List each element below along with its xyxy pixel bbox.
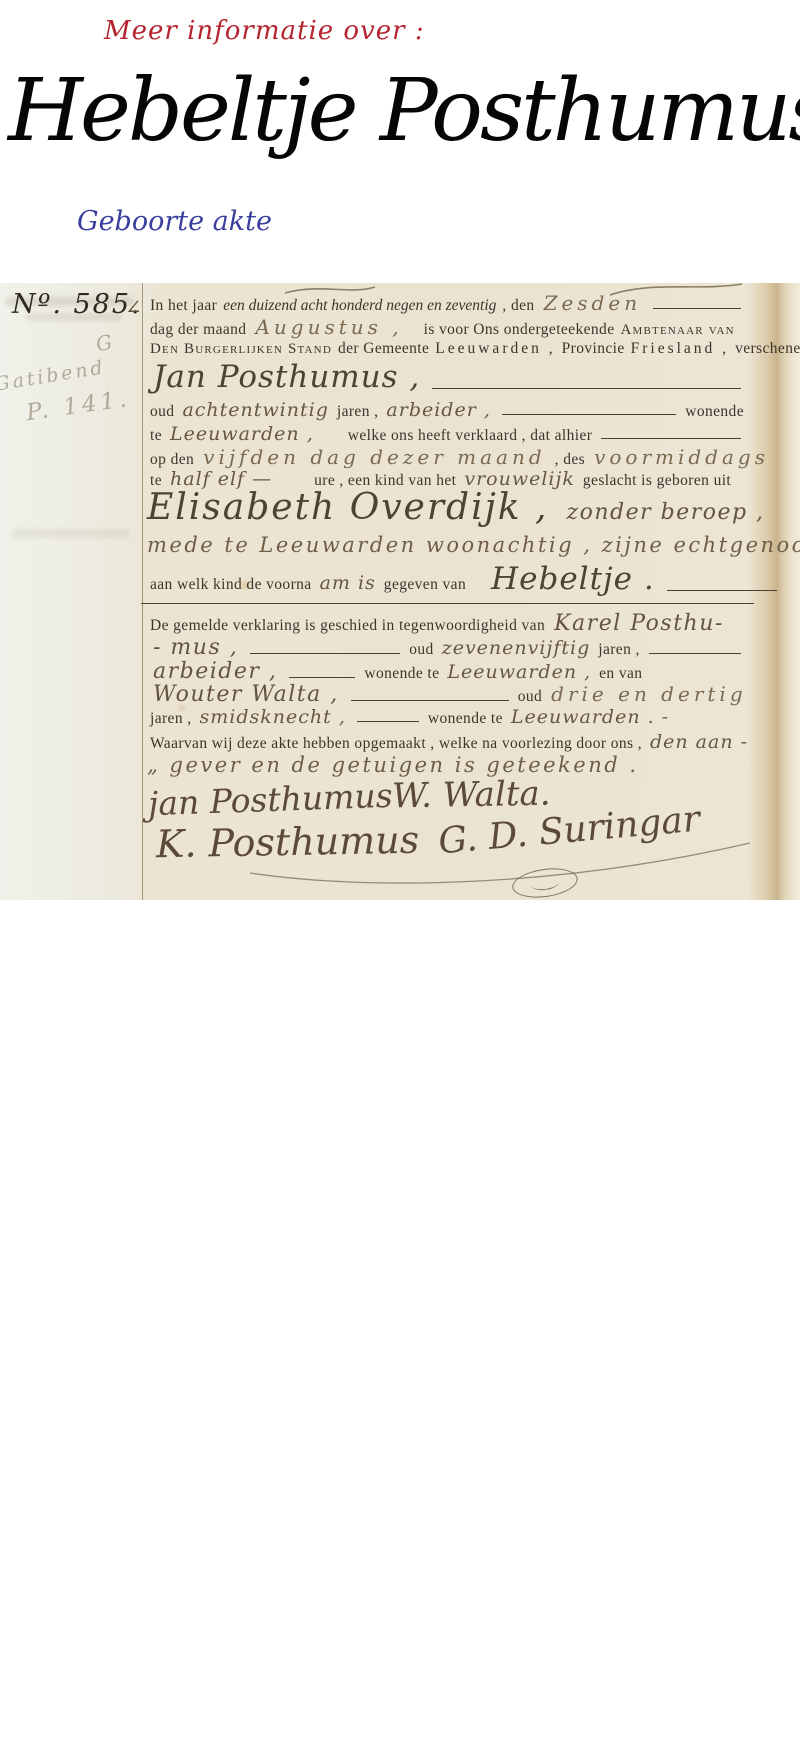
akte-line: aan welk kind de voornaam isgegeven vanH…: [147, 561, 747, 597]
akte-text: Den Burgerlijken Stand: [150, 341, 332, 358]
akte-text: oud: [518, 688, 542, 706]
signature-witness-walta: W. Walta.: [392, 774, 551, 817]
akte-text: „ gever en de getuigen is geteekend .: [147, 753, 639, 777]
bleed-through-mark: [12, 529, 130, 538]
ruled-fill-line: [289, 677, 355, 678]
akte-text: Leeuwarden ,: [170, 423, 314, 445]
akte-text: gegeven van: [384, 576, 466, 594]
akte-text: Leeuwarden ,: [447, 661, 591, 683]
eyebrow-heading: Meer informatie over :: [104, 16, 425, 46]
akte-text: , des: [555, 451, 585, 469]
akte-text: Zesden: [544, 291, 642, 315]
akte-text: Augustus ,: [255, 315, 402, 339]
akte-text: - mus ,: [153, 635, 238, 660]
akte-text: jaren ,: [150, 710, 192, 728]
ruled-fill-line: [432, 388, 741, 389]
akte-line: De gemelde verklaring is geschied in teg…: [147, 611, 747, 636]
akte-text: den aan -: [650, 731, 748, 753]
ruled-fill-line: [357, 721, 419, 722]
akte-line: Waarvan wij deze akte hebben opgemaakt ,…: [147, 731, 747, 753]
akte-text: achtentwintig: [182, 399, 328, 421]
akte-line: oudachtentwintigjaren ,arbeider ,wonende: [147, 399, 747, 421]
akte-line: mede te Leeuwarden woonachtig , zijne ec…: [147, 533, 747, 557]
akte-text: wonende te: [428, 710, 503, 728]
akte-line: teLeeuwarden ,welke ons heeft verklaard …: [147, 423, 747, 445]
ruled-fill-line: [502, 414, 676, 415]
akte-text: voormiddags: [594, 445, 769, 469]
akte-text: jaren ,: [598, 641, 640, 659]
akte-text: oud: [409, 641, 433, 659]
akte-line: Den Burgerlijken Standder GemeenteLeeuwa…: [147, 340, 747, 358]
akte-text: vijfden dag dezer maand: [203, 445, 546, 469]
akte-text: op den: [150, 451, 194, 469]
akte-line: Elisabeth Overdijk ,zonder beroep ,: [147, 487, 747, 528]
page-title: Hebeltje Posthumus: [8, 62, 800, 161]
akte-text: Leeuwarden . -: [511, 706, 669, 728]
ruled-fill-line: [250, 653, 400, 654]
akte-text: arbeider ,: [386, 399, 490, 421]
akte-text: zonder beroep ,: [566, 500, 764, 525]
akte-text: een duizend acht honderd negen en zevent…: [223, 297, 496, 315]
ruled-fill-line: [653, 308, 741, 309]
akte-text: wonende te: [364, 665, 439, 683]
akte-text: aan welk kind de voorna: [150, 576, 312, 594]
akte-line: - mus ,oudzevenenvijftigjaren ,: [147, 635, 747, 660]
ruled-fill-line: [649, 653, 741, 654]
pen-mark: ∠: [125, 295, 142, 319]
akte-text: mede te Leeuwarden woonachtig , zijne ec…: [147, 533, 800, 557]
akte-text: Waarvan wij deze akte hebben opgemaakt ,…: [150, 735, 642, 753]
akte-line: jaren ,smidsknecht ,wonende teLeeuwarden…: [147, 706, 747, 728]
akte-text: Elisabeth Overdijk ,: [147, 487, 548, 528]
akte-line: In het jaareen duizend acht honderd nege…: [147, 291, 747, 315]
akte-line: dag der maandAugustus ,is voor Ons onder…: [147, 315, 747, 339]
akte-text: te: [150, 427, 162, 445]
akte-text: Hebeltje .: [491, 561, 655, 597]
akte-line: Wouter Walta ,ouddrie en dertig: [147, 682, 747, 707]
akte-text: oud: [150, 403, 174, 421]
akte-text: Ambtenaar van: [620, 322, 734, 339]
signature-swash-decoration: [230, 825, 770, 895]
akte-line: op denvijfden dag dezer maand, desvoormi…: [147, 445, 747, 469]
akte-text: smidsknecht ,: [200, 706, 346, 728]
act-number: Nº. 585.: [12, 289, 142, 320]
birth-certificate-scan: Nº. 585. ∠ G Gatibend P. 141. In het jaa…: [0, 283, 800, 900]
akte-text: jaren ,: [337, 403, 379, 421]
akte-text: Jan Posthumus ,: [153, 359, 420, 395]
akte-text: am is: [320, 572, 376, 594]
akte-text: De gemelde verklaring is geschied in teg…: [150, 617, 545, 635]
akte-text: is voor Ons ondergeteekende: [424, 321, 615, 339]
ruled-fill-line: [351, 700, 509, 701]
ruled-fill-line: [601, 438, 741, 439]
akte-text: Provincie: [562, 340, 625, 358]
akte-line: Jan Posthumus ,: [147, 359, 747, 395]
akte-text: Friesland ,: [631, 340, 729, 358]
akte-text: welke ons heeft verklaard , dat alhier: [348, 427, 593, 445]
akte-text: dag der maand: [150, 321, 246, 339]
section-divider-rule: [141, 603, 754, 604]
page: { "page": { "eyebrow": "Meer informatie …: [0, 0, 800, 1752]
akte-text: arbeider ,: [153, 659, 277, 684]
akte-text: wonende: [685, 403, 744, 421]
scan-page-edge: [748, 283, 800, 900]
signature-declarant: jan Posthumus: [147, 776, 393, 824]
akte-text: Wouter Walta ,: [153, 682, 339, 707]
akte-text: zevenenvijftig: [442, 637, 591, 659]
akte-text: der Gemeente: [338, 340, 429, 358]
akte-text: Karel Posthu-: [554, 611, 724, 636]
akte-text: Leeuwarden ,: [435, 340, 555, 358]
akte-text: drie en dertig: [551, 682, 746, 706]
akte-line: arbeider ,wonende teLeeuwarden ,en van: [147, 659, 747, 684]
ruled-fill-line: [667, 590, 777, 591]
record-type-heading: Geboorte akte: [77, 206, 272, 237]
akte-text: In het jaar: [150, 297, 217, 315]
akte-text: , den: [502, 297, 534, 315]
akte-text: verschenen :: [735, 340, 800, 358]
akte-text: en van: [599, 665, 642, 683]
akte-line: „ gever en de getuigen is geteekend .: [147, 753, 747, 777]
